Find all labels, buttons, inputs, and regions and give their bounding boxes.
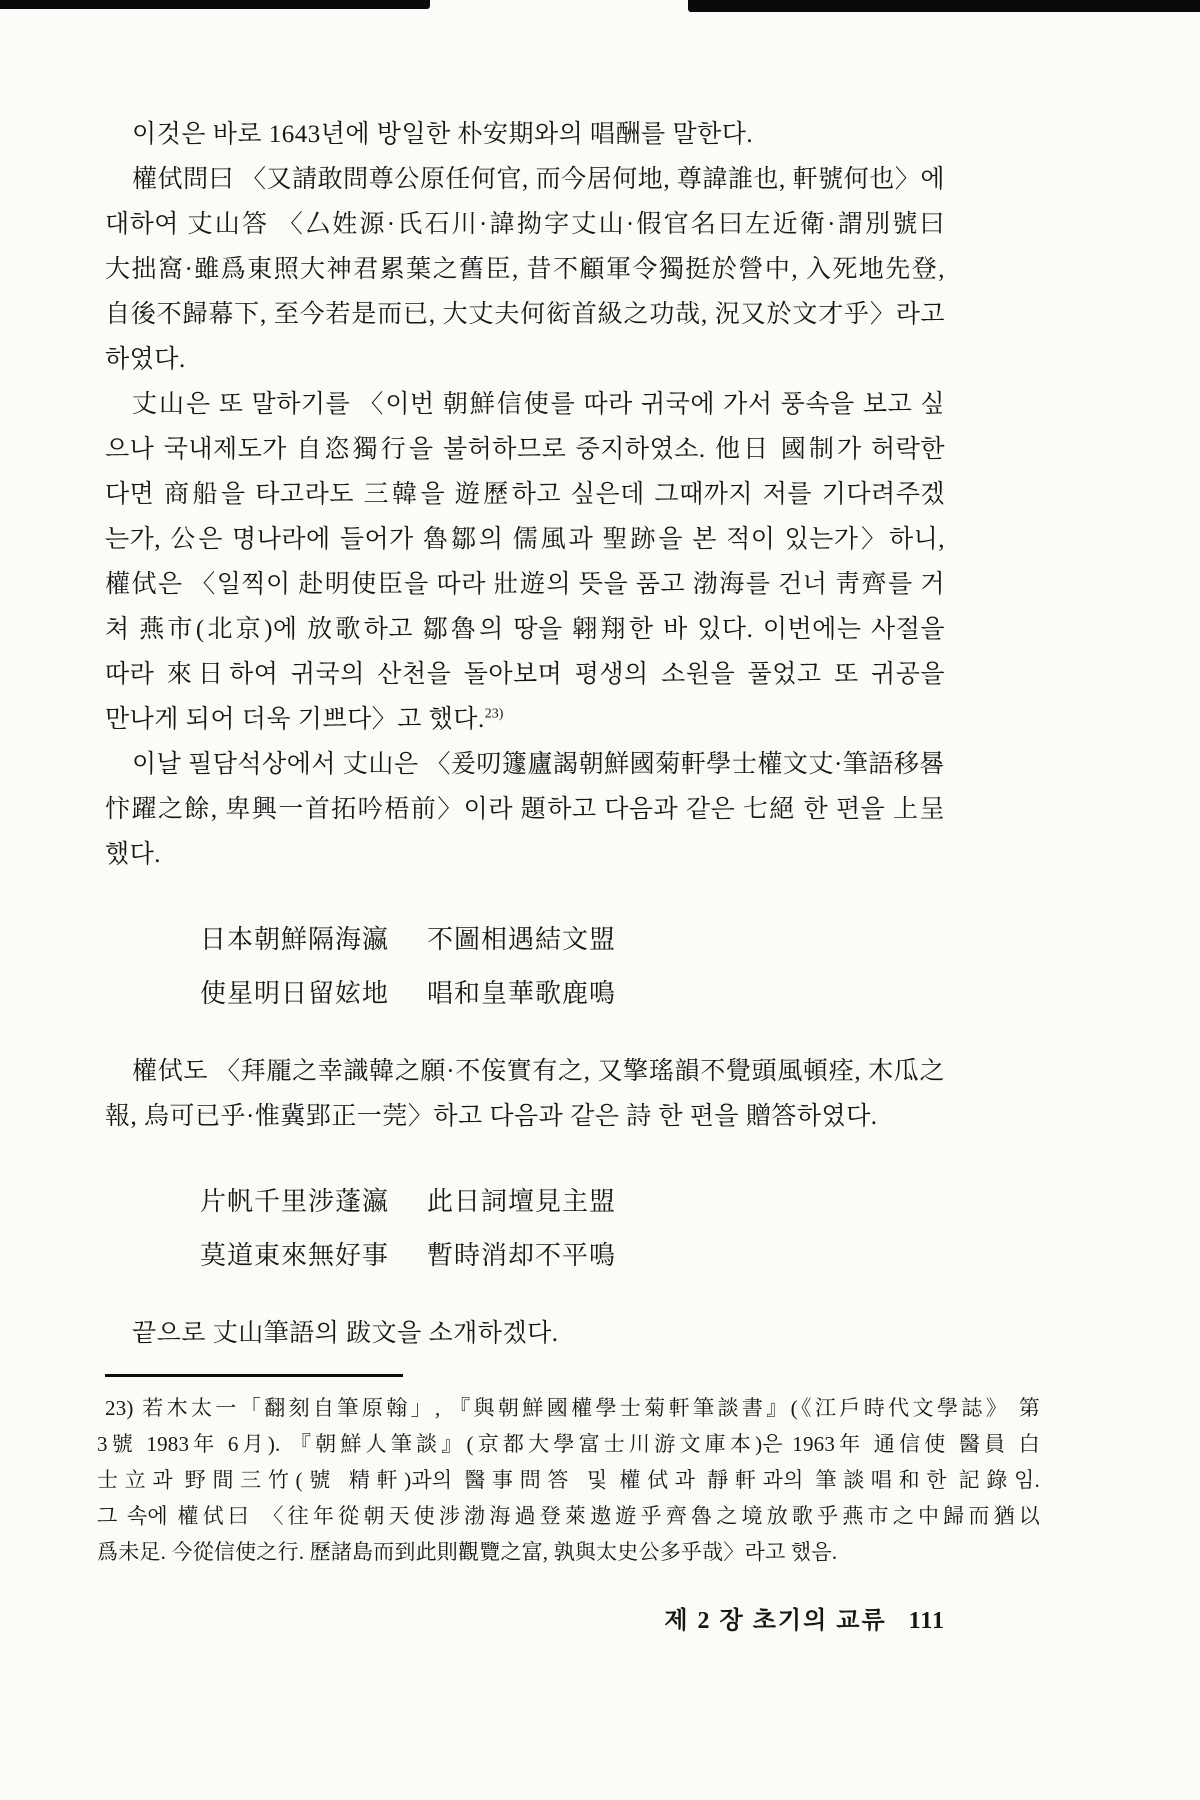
text-line: 忭躍之餘, 卑興一首拓吟梧前〉이라 題하고 다음과 같은 七絕 한 편을 上呈 [105,787,945,832]
chapter-title: 제 2 장 초기의 교류 [664,1608,886,1634]
footnote-block: 23) 若木太一「翻刻自筆原翰」, 『與朝鮮國權學士菊軒筆談書』(《江戶時代文學… [105,1374,1040,1570]
poem-line: 使星明日留妶地唱和皇華歌鹿鳴 [200,967,945,1021]
text-line: 쳐 燕市(北京)에 放歌하고 鄒魯의 땅을 翶翔한 바 있다. 이번에는 사절을 [105,607,945,652]
poem-hemistich: 片帆千里涉蓬瀛 [200,1187,389,1216]
text-line: 으나 국내제도가 自恣獨行을 불허하므로 중지하였소. 他日 國制가 허락한 [105,427,945,472]
text-line: 이것은 바로 1643년에 방일한 朴安期와의 唱酬를 말한다. [105,112,945,157]
poem-hemistich: 不圖相遇結文盟 [427,925,616,954]
para-block: 이날 필담석상에서 丈山은 〈爰叨籧廬謁朝鮮國菊軒學士權文丈·筆語移晷忭躍之餘,… [105,742,945,877]
footnote-line: 3號 1983年 6月). 『朝鮮人筆談』(京都大學富士川游文庫本)은 1963… [105,1426,1040,1462]
poem-hemistich: 此日詞壇見主盟 [427,1187,616,1216]
footnote-line: 23) 若木太一「翻刻自筆原翰」, 『與朝鮮國權學士菊軒筆談書』(《江戶時代文學… [105,1390,1040,1426]
footnote-line: 爲未足. 今從信使之行. 歷諸島而到此則觀覽之富, 孰與太史公多乎哉〉라고 했음… [105,1534,1040,1570]
text-line: 自後不歸幕下, 至今若是而已, 大丈夫何衒首級之功哉, 況又於文才乎〉라고 [105,292,945,337]
text-line: 報, 烏可已乎·惟冀郢正一莞〉하고 다음과 같은 詩 한 편을 贈答하였다. [105,1094,945,1139]
text-line: 끝으로 丈山筆語의 跋文을 소개하겠다. [105,1311,945,1356]
text-line: 따라 來日하여 귀국의 산천을 돌아보며 평생의 소원을 풀었고 또 귀공을 [105,652,945,697]
text-line: 는가, 公은 명나라에 들어가 魯鄒의 儒風과 聖跡을 본 적이 있는가〉하니, [105,517,945,562]
para-block: 丈山은 또 말하기를 〈이번 朝鮮信使를 따라 귀국에 가서 풍속을 보고 싶으… [105,382,945,742]
text-line: 權侙問曰 〈又請敢問尊公原任何官, 而今居何地, 尊諱誰也, 軒號何也〉에 [105,157,945,202]
poem-hemistich: 莫道東來無好事 [200,1241,389,1270]
para-block: 이것은 바로 1643년에 방일한 朴安期와의 唱酬를 말한다. [105,112,945,157]
running-footer: 제 2 장 초기의 교류111 [105,1600,945,1635]
poem-block: 片帆千里涉蓬瀛此日詞壇見主盟莫道東來無好事暫時消却不平鳴 [200,1175,945,1283]
text-line: 하였다. [105,337,945,382]
text-line: 丈山은 또 말하기를 〈이번 朝鮮信使를 따라 귀국에 가서 풍속을 보고 싶 [105,382,945,427]
poem-hemistich: 使星明日留妶地 [200,979,389,1008]
scan-artifact-top-left [0,0,430,9]
text-line: 權侙은 〈일찍이 赴明使臣을 따라 壯遊의 뜻을 품고 渤海를 건너 靑齊를 거 [105,562,945,607]
footnote-line: 그 속에 權侙曰 〈往年從朝天使涉渤海過登萊遨遊乎齊魯之境放歌乎燕市之中歸而猶以 [105,1498,1040,1534]
text-line: 다면 商船을 타고라도 三韓을 遊歷하고 싶은데 그때까지 저를 기다려주겠 [105,472,945,517]
text-line: 大拙窩·雖爲東照大神君累葉之舊臣, 昔不顧軍令獨挺於營中, 入死地先登, [105,247,945,292]
document-body: 이것은 바로 1643년에 방일한 朴安期와의 唱酬를 말한다.權侙問曰 〈又請… [105,112,945,1570]
poem-hemistich: 唱和皇華歌鹿鳴 [427,979,616,1008]
scanned-book-page: { "colors": { "paper": "#fbfbf8", "ink":… [0,0,1200,1800]
poem-hemistich: 暫時消却不平鳴 [427,1241,616,1270]
text-line: 했다. [105,832,945,877]
text-line: 만나게 되어 더욱 기쁘다〉고 했다.23) [105,697,945,742]
poem-hemistich: 日本朝鮮隔海瀛 [200,925,389,954]
text-line: 대하여 丈山答 〈厶姓源·氏石川·諱拗字丈山·假官名曰左近衛·謂別號曰 [105,202,945,247]
poem-line: 莫道東來無好事暫時消却不平鳴 [200,1229,945,1283]
text-line: 이날 필담석상에서 丈山은 〈爰叨籧廬謁朝鮮國菊軒學士權文丈·筆語移晷 [105,742,945,787]
para-block: 權侙問曰 〈又請敢問尊公原任何官, 而今居何地, 尊諱誰也, 軒號何也〉에대하여… [105,157,945,382]
poem-line: 日本朝鮮隔海瀛不圖相遇結文盟 [200,913,945,967]
poem-block: 日本朝鮮隔海瀛不圖相遇結文盟使星明日留妶地唱和皇華歌鹿鳴 [200,913,945,1021]
para-block: 끝으로 丈山筆語의 跋文을 소개하겠다. [105,1311,945,1356]
footnote-reference: 23) [485,707,504,722]
para-block: 權侙도 〈拜龎之幸識韓之願·不侫實有之, 又擎瑤韻不覺頭風頓痊, 木瓜之報, 烏… [105,1049,945,1139]
text-line: 權侙도 〈拜龎之幸識韓之願·不侫實有之, 又擎瑤韻不覺頭風頓痊, 木瓜之 [105,1049,945,1094]
page-number: 111 [909,1608,945,1634]
scan-artifact-top-right [688,0,1200,12]
footnote-line: 士立과 野間三竹(號 精軒)과의 醫事問答 및 權侙과 靜軒과의 筆談唱和한 記… [105,1462,1040,1498]
poem-line: 片帆千里涉蓬瀛此日詞壇見主盟 [200,1175,945,1229]
